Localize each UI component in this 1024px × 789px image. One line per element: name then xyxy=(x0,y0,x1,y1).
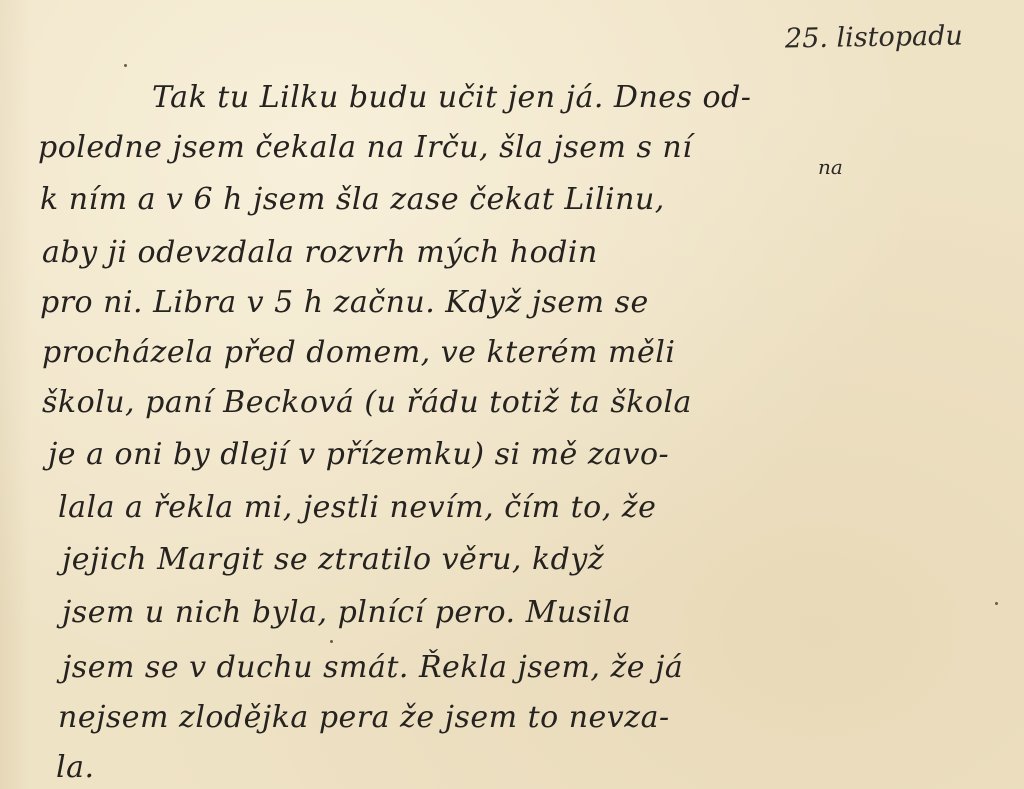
text-line-11: jsem u nich byla, plnící pero. Musila xyxy=(62,595,631,630)
paper-speck xyxy=(330,640,333,643)
interlinear-insertion: na xyxy=(818,155,843,179)
text-line-5: pro ni. Libra v 5 h začnu. Když jsem se xyxy=(40,285,649,320)
text-line-14: la. xyxy=(56,750,95,785)
text-line-13: nejsem zlodějka pera že jsem to nevza- xyxy=(58,700,670,735)
paper-speck xyxy=(124,64,127,67)
text-line-12: jsem se v duchu smát. Řekla jsem, že já xyxy=(62,650,683,685)
text-line-8: je a oni by dlejí v přízemku) si mě zavo… xyxy=(48,437,669,472)
text-line-6: procházela před domem, ve kterém měli xyxy=(42,335,675,370)
text-line-2: poledne jsem čekala na Irču, šla jsem s … xyxy=(38,130,692,165)
text-line-10: jejich Margit se ztratilo věru, když xyxy=(62,542,604,577)
text-line-9: lala a řekla mi, jestli nevím, čím to, ž… xyxy=(58,490,656,525)
date-heading: 25. listopadu xyxy=(785,20,963,54)
text-line-4: aby ji odevzdala rozvrh mých hodin xyxy=(42,235,598,270)
diary-page: 25. listopadu na Tak tu Lilku budu učit … xyxy=(0,0,1024,789)
paper-speck xyxy=(995,602,998,605)
text-line-7: školu, paní Becková (u řádu totiž ta ško… xyxy=(42,385,692,420)
text-line-1: Tak tu Lilku budu učit jen já. Dnes od- xyxy=(152,80,751,115)
text-line-3: k ním a v 6 h jsem šla zase čekat Lilinu… xyxy=(40,182,665,217)
